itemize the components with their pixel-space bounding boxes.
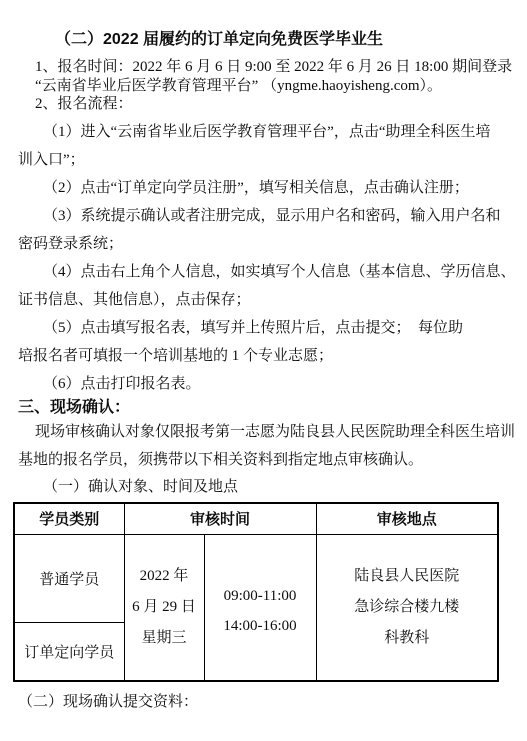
- cell-location: 陆良县人民医院 急诊综合楼九楼 科教科: [316, 534, 498, 681]
- date-line-day: 6 月 29 日: [125, 592, 204, 623]
- step-3-line-1: （3）系统提示确认或者注册完成，显示用户名和密码，输入用户名和: [43, 202, 527, 230]
- reg-process-line: 2、报名流程：: [35, 95, 527, 114]
- confirmation-intro: 现场审核确认对象仅限报考第一志愿为陆良县人民医院助理全科医生培训 基地的报名学员…: [0, 418, 527, 474]
- reg-platform-line: “云南省毕业后医学教育管理平台” （yngme.haoyisheng.com）。: [35, 77, 527, 96]
- step-4-line-1: （4）点击右上角个人信息，如实填写个人信息（基本信息、学历信息、: [43, 258, 527, 286]
- time-lines: 09:00-11:00 14:00-16:00: [205, 573, 316, 641]
- step-6-line-1: （6）点击打印报名表。: [43, 370, 527, 398]
- doc-page: （二）2022 届履约的订单定向免费医学毕业生 1、报名时间：2022 年 6 …: [0, 30, 527, 712]
- table-row: 普通学员 2022 年 6 月 29 日 星期三 09:00-11:00 14:…: [14, 534, 498, 622]
- registration-time-block: 1、报名时间：2022 年 6 月 6 日 9:00 至 2022 年 6 月 …: [35, 58, 527, 114]
- step-1-line-1: （1）进入“云南省毕业后医学教育管理平台”，点击“助理全科医生培: [43, 118, 527, 146]
- time-line-morning: 09:00-11:00: [205, 581, 316, 611]
- header-cell-category: 学员类别: [14, 503, 124, 535]
- section-3-heading: 三、现场确认：: [18, 398, 527, 418]
- table-header-row: 学员类别 审核时间 审核地点: [14, 503, 498, 535]
- location-line-office: 科教科: [317, 623, 498, 654]
- cell-date: 2022 年 6 月 29 日 星期三: [124, 534, 204, 681]
- cell-category-directed: 订单定向学员: [14, 622, 124, 681]
- time-line-afternoon: 14:00-16:00: [205, 611, 316, 641]
- location-line-building: 急诊综合楼九楼: [317, 592, 498, 623]
- cell-time: 09:00-11:00 14:00-16:00: [204, 534, 316, 681]
- confirmation-table: 学员类别 审核时间 审核地点 普通学员 2022 年 6 月 29 日 星期三 …: [13, 502, 499, 683]
- step-2-line-1: （2）点击“订单定向学员注册”，填写相关信息，点击确认注册；: [43, 174, 527, 202]
- header-cell-location: 审核地点: [316, 503, 498, 535]
- section-b-title: （二）2022 届履约的订单定向免费医学毕业生: [55, 30, 527, 50]
- intro-line-1: 现场审核确认对象仅限报考第一志愿为陆良县人民医院助理全科医生培训: [35, 418, 527, 446]
- date-line-weekday: 星期三: [125, 623, 204, 654]
- reg-time-line: 1、报名时间：2022 年 6 月 6 日 9:00 至 2022 年 6 月 …: [35, 58, 527, 77]
- date-line-year: 2022 年: [125, 561, 204, 592]
- header-cell-time: 审核时间: [124, 503, 316, 535]
- step-5-line-2: 培报名者可填报一个培训基地的 1 个专业志愿；: [18, 342, 527, 370]
- location-line-hospital: 陆良县人民医院: [317, 561, 498, 592]
- sub-section-2-heading: （二）现场确认提交资料：: [18, 692, 527, 712]
- intro-line-2: 基地的报名学员，须携带以下相关资料到指定地点审核确认。: [18, 446, 527, 474]
- sub-section-1-heading: （一）确认对象、时间及地点: [43, 474, 527, 500]
- step-5-line-1: （5）点击填写报名表，填写并上传照片后，点击提交； 每位助: [43, 314, 527, 342]
- step-3-line-2: 密码登录系统；: [18, 230, 527, 258]
- step-4-line-2: 证书信息、其他信息），点击保存；: [18, 286, 527, 314]
- step-1-line-2: 训入口”；: [18, 146, 527, 174]
- registration-steps: （1）进入“云南省毕业后医学教育管理平台”，点击“助理全科医生培 训入口”； （…: [0, 118, 527, 398]
- cell-category-ordinary: 普通学员: [14, 534, 124, 622]
